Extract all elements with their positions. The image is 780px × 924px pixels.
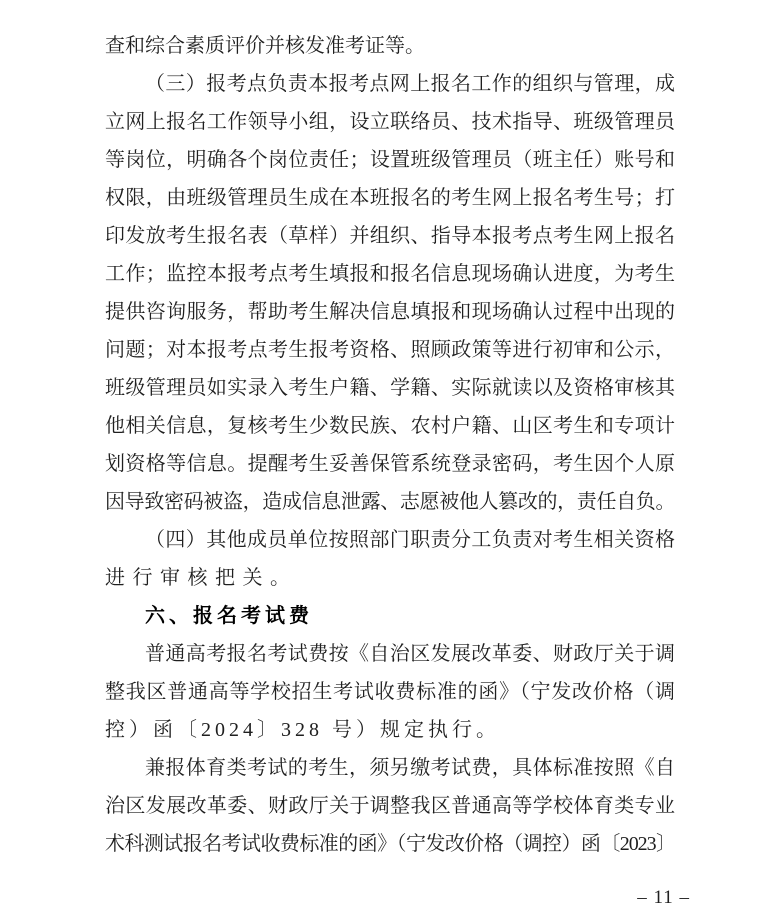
document-page: 查和综合素质评价并核发准考证等。（三）报考点负责本报考点网上报名工作的组织与管理… (0, 0, 780, 924)
page-number: – 11 – (637, 886, 690, 910)
text-line: 治区发展改革委、财政厅关于调整我区普通高等学校体育类专业 (105, 787, 675, 825)
text-line: 权限，由班级管理员生成在本班报名的考生网上报名考生号；打 (105, 179, 675, 217)
para-fee-general-exam: 普通高考报名考试费按《自治区发展改革委、财政厅关于调整我区普通高等学校招生考试收… (105, 635, 675, 749)
para-fee-sports-exam: 兼报体育类考试的考生，须另缴考试费，具体标准按照《自治区发展改革委、财政厅关于调… (105, 749, 675, 863)
text-line: 整我区普通高等学校招生考试收费标准的函》（宁发改价格（调 (105, 673, 675, 711)
text-line: 印发放考生报名表（草样）并组织、指导本报考点考生网上报名 (105, 217, 675, 255)
text-line: 问题；对本报考点考生报考资格、照顾政策等进行初审和公示， (105, 331, 675, 369)
para-item-3-exam-site-duties: （三）报考点负责本报考点网上报名工作的组织与管理，成立网上报名工作领导小组，设立… (105, 65, 675, 521)
text-line: （三）报考点负责本报考点网上报名工作的组织与管理，成 (105, 65, 675, 103)
text-line: 立网上报名工作领导小组，设立联络员、技术指导、班级管理员 (105, 103, 675, 141)
text-line: 控）函〔2024〕328 号）规定执行。 (105, 711, 675, 749)
para-item-4-other-member-units: （四）其他成员单位按照部门职责分工负责对考生相关资格进行审核把关。 (105, 521, 675, 597)
text-line: 等岗位，明确各个岗位责任；设置班级管理员（班主任）账号和 (105, 141, 675, 179)
document-text-block: 查和综合素质评价并核发准考证等。（三）报考点负责本报考点网上报名工作的组织与管理… (105, 27, 675, 863)
text-line: （四）其他成员单位按照部门职责分工负责对考生相关资格 (105, 521, 675, 559)
para-continued-from-previous-page: 查和综合素质评价并核发准考证等。 (105, 27, 675, 65)
text-line: 提供咨询服务，帮助考生解决信息填报和现场确认过程中出现的 (105, 293, 675, 331)
text-line: 划资格等信息。提醒考生妥善保管系统登录密码，考生因个人原 (105, 445, 675, 483)
text-line: 六、报名考试费 (105, 597, 675, 635)
heading-section-6-exam-fee: 六、报名考试费 (105, 597, 675, 635)
text-line: 普通高考报名考试费按《自治区发展改革委、财政厅关于调 (105, 635, 675, 673)
text-line: 班级管理员如实录入考生户籍、学籍、实际就读以及资格审核其 (105, 369, 675, 407)
text-line: 查和综合素质评价并核发准考证等。 (105, 27, 675, 65)
text-line: 进行审核把关。 (105, 559, 675, 597)
text-line: 工作；监控本报考点考生填报和报名信息现场确认进度，为考生 (105, 255, 675, 293)
text-line: 因导致密码被盗，造成信息泄露、志愿被他人篡改的，责任自负。 (105, 483, 675, 521)
text-line: 他相关信息，复核考生少数民族、农村户籍、山区考生和专项计 (105, 407, 675, 445)
text-line: 兼报体育类考试的考生，须另缴考试费，具体标准按照《自 (105, 749, 675, 787)
text-line: 术科测试报名考试收费标准的函》（宁发改价格（调控）函〔2023〕 (105, 825, 675, 863)
